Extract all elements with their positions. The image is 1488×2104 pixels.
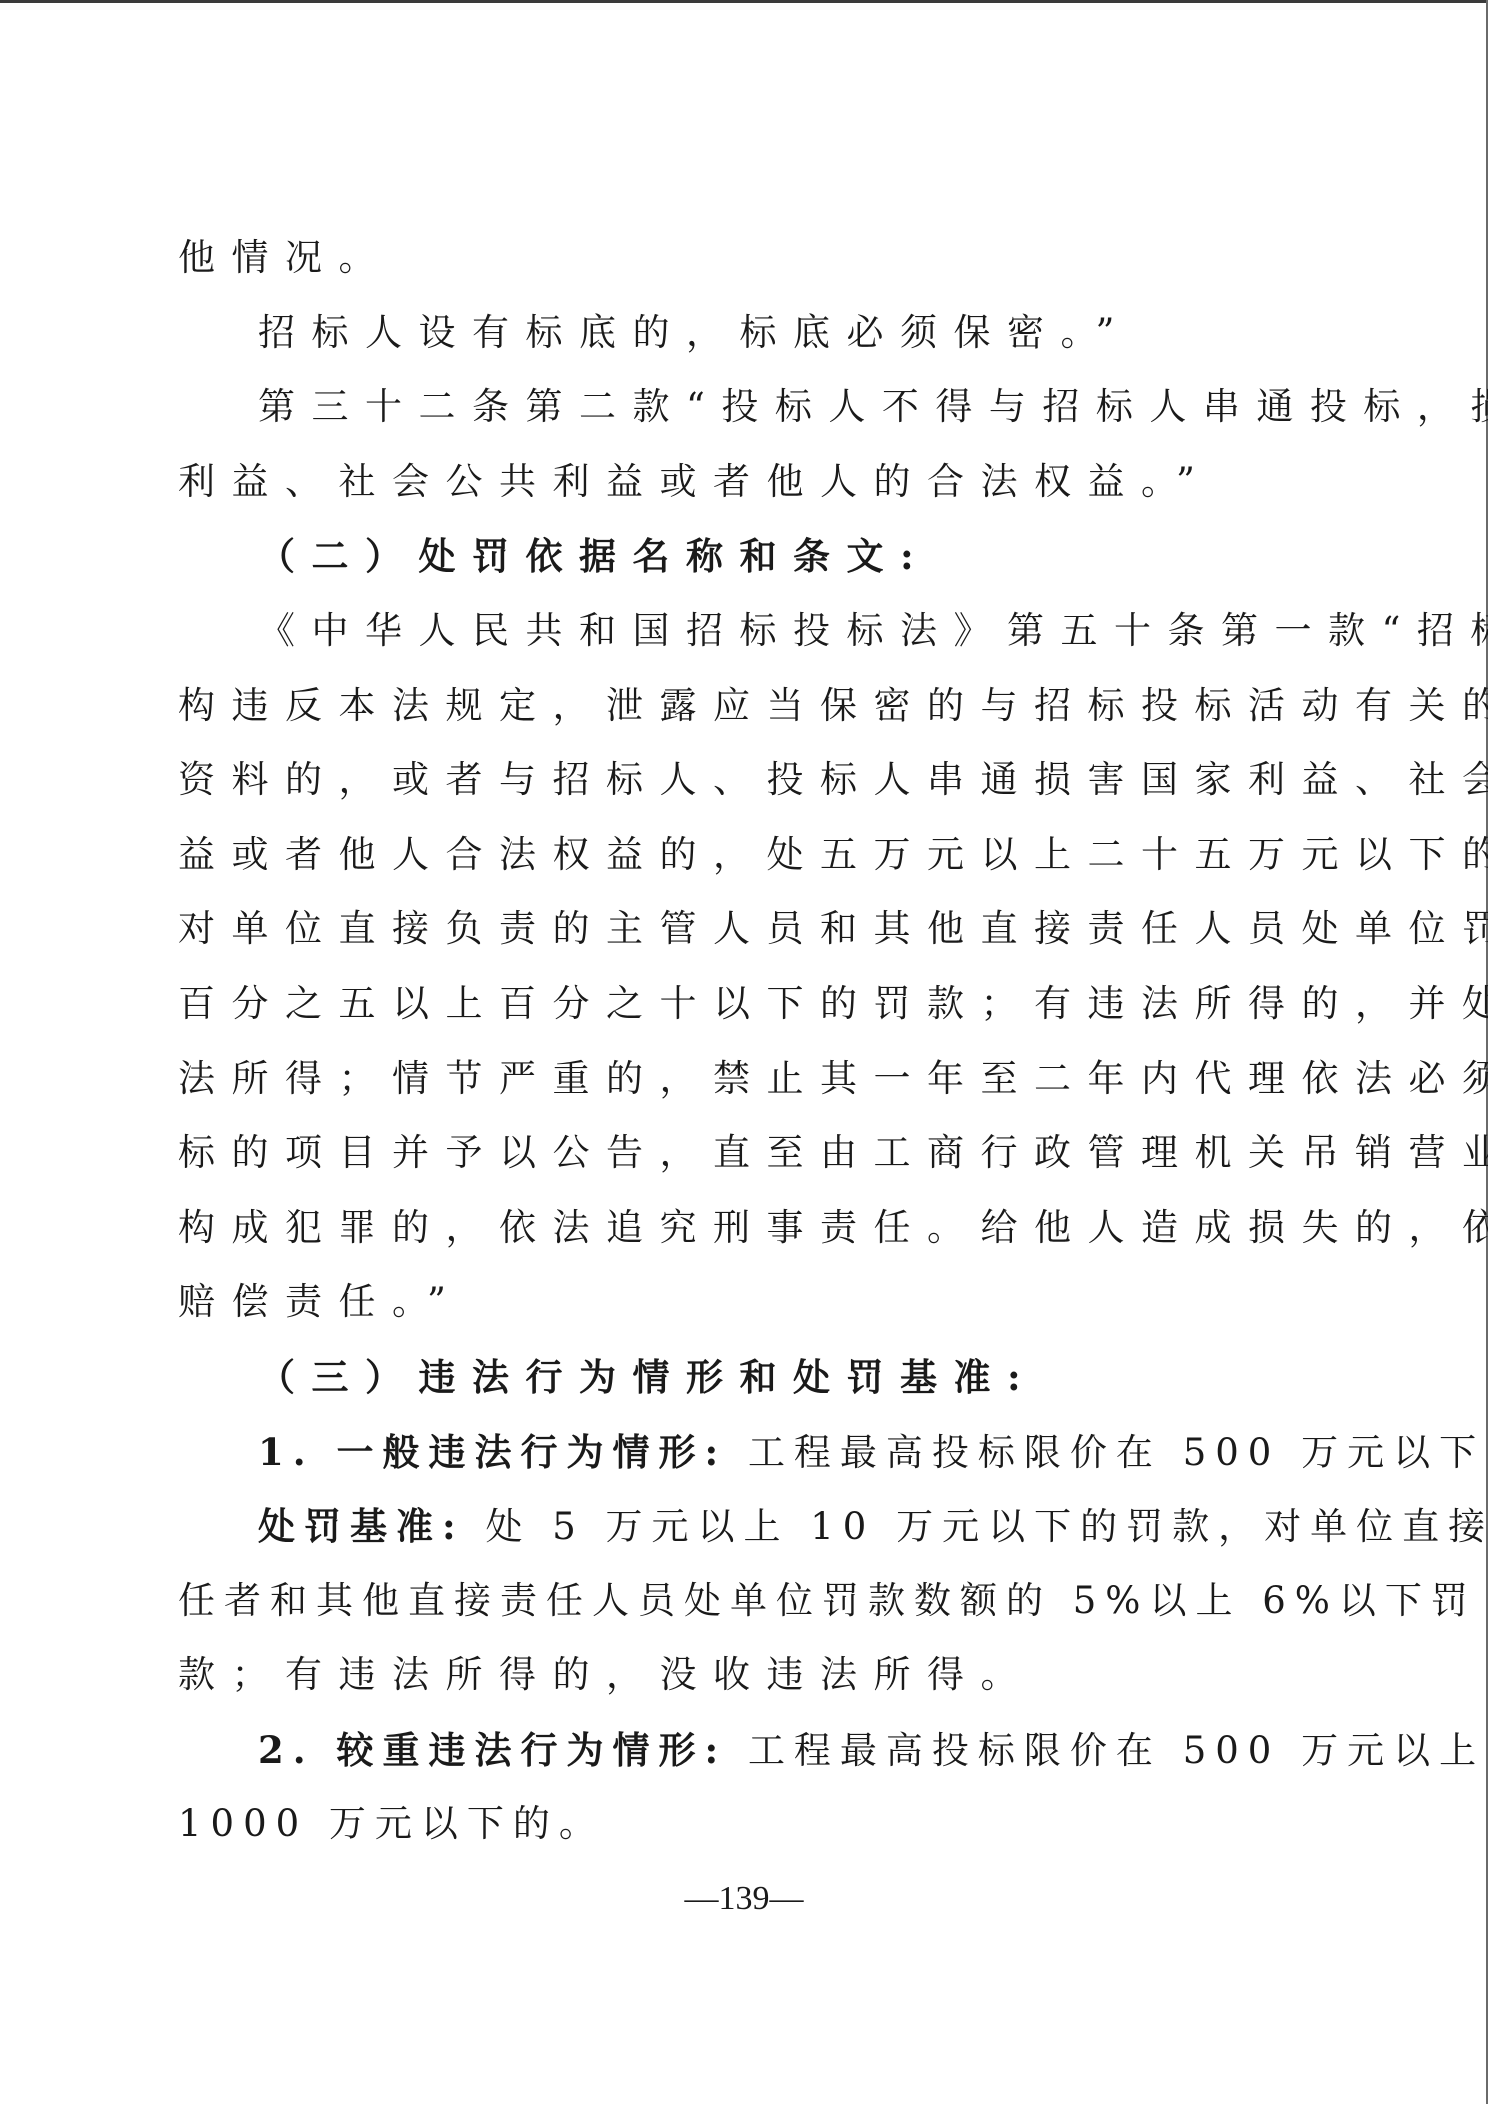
paragraph-line: 法所得；情节严重的，禁止其一年至二年内代理依法必须进行招 [178,1042,1312,1117]
paragraph-line: 招标人设有标底的，标底必须保密。” [178,296,1312,371]
item-text: 工程最高投标限价在 500 万元以上 [748,1729,1485,1772]
penalty-standard-general: 处罚基准: 处 5 万元以上 10 万元以下的罚款，对单位直接责 [178,1489,1312,1564]
paragraph-line: 《中华人民共和国招标投标法》第五十条第一款“招标代理机 [178,594,1312,669]
item-label: 1. 一般违法行为情形: [258,1430,727,1474]
paragraph-line: 对单位直接负责的主管人员和其他直接责任人员处单位罚款数额 [178,892,1312,967]
paragraph-line: 构成犯罪的，依法追究刑事责任。给他人造成损失的，依法承担 [178,1191,1312,1266]
standard-label: 处罚基准: [258,1504,465,1548]
paragraph-line: 任者和其他直接责任人员处单位罚款数额的 5%以上 6%以下罚 [178,1564,1312,1639]
section-heading-penalty-basis: （二）处罚依据名称和条文: [178,519,1312,594]
paragraph-line: 利益、社会公共利益或者他人的合法权益。” [178,445,1312,520]
page-border-top [0,0,1488,3]
item-general-violation: 1. 一般违法行为情形: 工程最高投标限价在 500 万元以下的。 [178,1415,1312,1490]
paragraph-line: 标的项目并予以公告，直至由工商行政管理机关吊销营业执照； [178,1116,1312,1191]
paragraph-line: 款；有违法所得的，没收违法所得。 [178,1638,1312,1713]
item-serious-violation: 2. 较重违法行为情形: 工程最高投标限价在 500 万元以上 [178,1713,1312,1788]
paragraph-line: 他情况。 [178,221,1312,296]
paragraph-line: 第三十二条第二款“投标人不得与招标人串通投标，损害国家 [178,370,1312,445]
document-body: 他情况。 招标人设有标底的，标底必须保密。” 第三十二条第二款“投标人不得与招标… [178,221,1312,1862]
paragraph-line: 1000 万元以下的。 [178,1787,1312,1862]
paragraph-line: 百分之五以上百分之十以下的罚款；有违法所得的，并处没收违 [178,967,1312,1042]
section-heading-violation-standards: （三）违法行为情形和处罚基准: [178,1340,1312,1415]
paragraph-line: 资料的，或者与招标人、投标人串通损害国家利益、社会公共利 [178,743,1312,818]
standard-text: 处 5 万元以上 10 万元以下的罚款，对单位直接责 [485,1505,1488,1548]
paragraph-line: 赔偿责任。” [178,1265,1312,1340]
item-text: 工程最高投标限价在 500 万元以下的。 [748,1431,1488,1474]
paragraph-line: 构违反本法规定，泄露应当保密的与招标投标活动有关的情况和 [178,669,1312,744]
paragraph-line: 益或者他人合法权益的，处五万元以上二十五万元以下的罚款， [178,818,1312,893]
item-label: 2. 较重违法行为情形: [258,1728,727,1772]
page-number: —139— [0,1880,1488,1918]
